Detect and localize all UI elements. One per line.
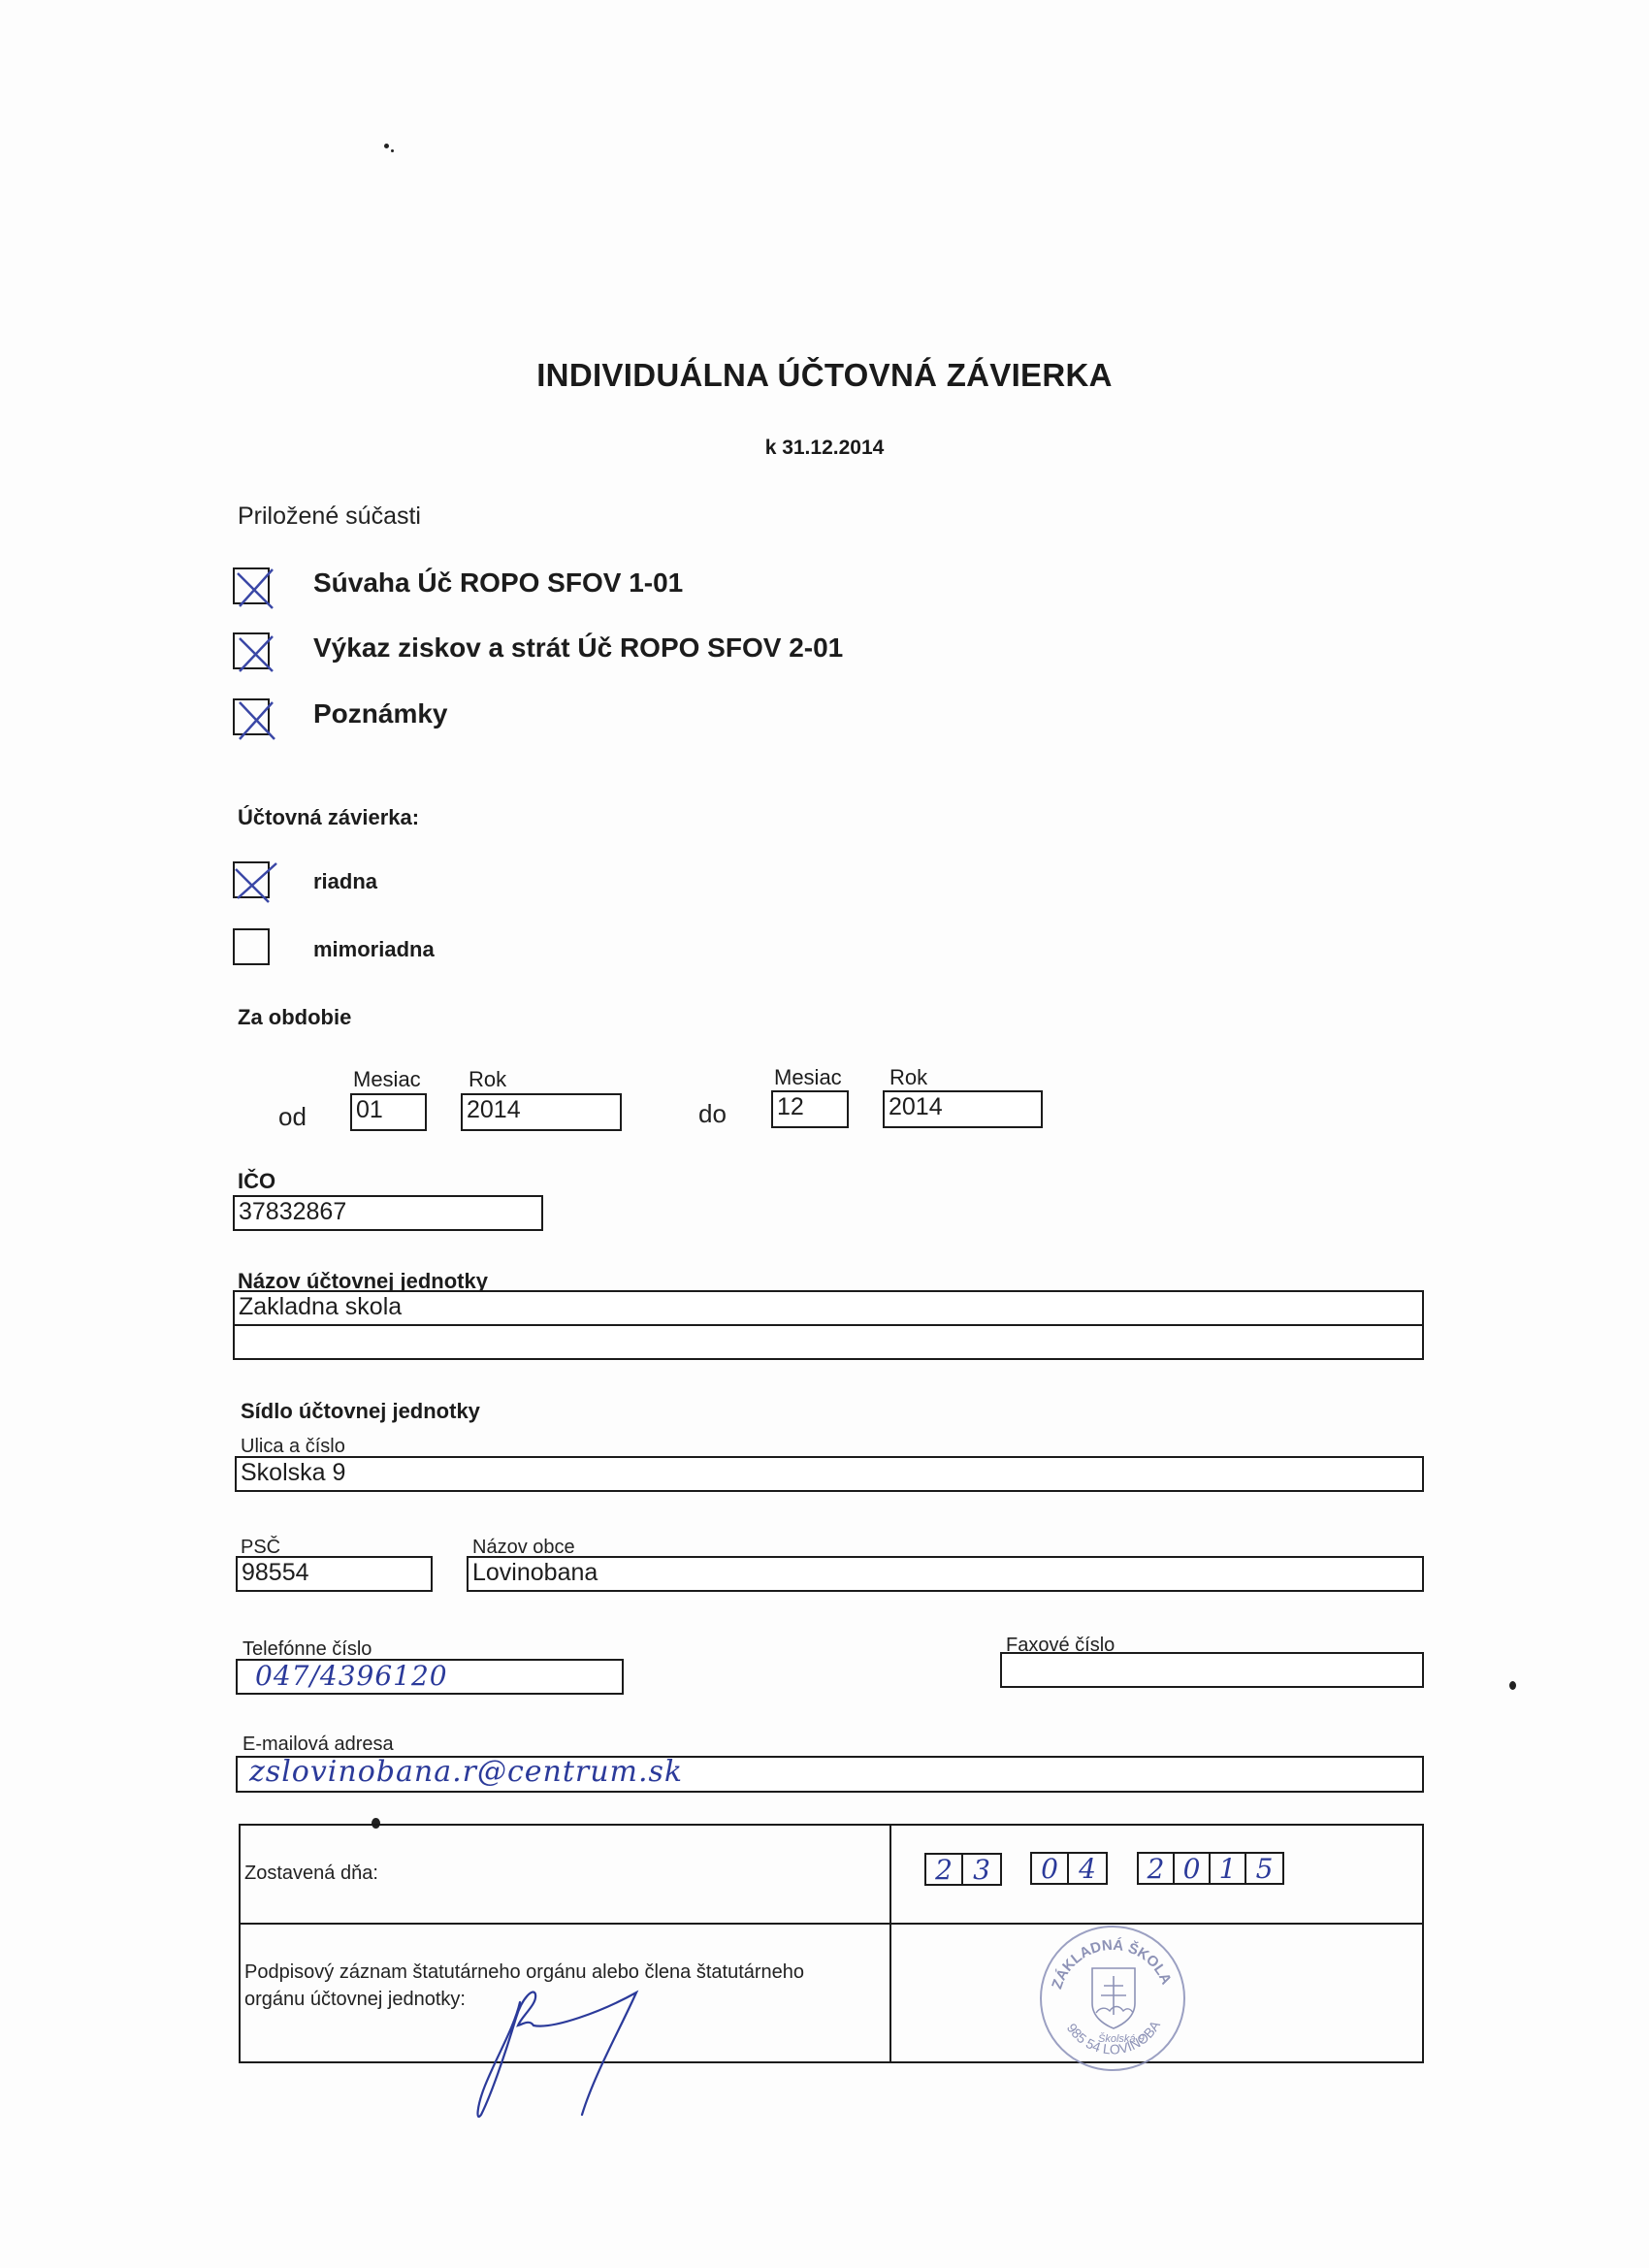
attachment-label: Poznámky: [313, 698, 448, 729]
from-month-field[interactable]: 01: [350, 1093, 427, 1131]
from-year-field[interactable]: 2014: [461, 1093, 622, 1131]
attachment-label: Súvaha Úč ROPO SFOV 1-01: [313, 567, 683, 599]
from-year-header: Rok: [469, 1067, 506, 1092]
checkbox-notes[interactable]: [233, 698, 270, 735]
signature-label-line2: orgánu účtovnej jednotky:: [244, 1989, 466, 2011]
ico-label: IČO: [238, 1169, 275, 1194]
postal-field[interactable]: 98554: [236, 1556, 433, 1592]
digit: 0: [1032, 1854, 1069, 1883]
table-divider: [889, 1824, 891, 2063]
to-year-header: Rok: [889, 1065, 927, 1090]
official-stamp: ZÁKLADNÁ ŠKOLA 985 54 LOVINOBAŇA Školská…: [1040, 1926, 1185, 2071]
address-heading: Sídlo účtovnej jednotky: [241, 1399, 480, 1424]
compiled-day[interactable]: 2 3: [924, 1853, 1002, 1886]
check-x-icon: [232, 697, 278, 743]
svg-text:ZÁKLADNÁ ŠKOLA: ZÁKLADNÁ ŠKOLA: [1049, 1937, 1175, 1992]
email-field[interactable]: zslovinobana.r@centrum.sk: [236, 1756, 1424, 1793]
check-x-icon: [232, 566, 278, 612]
check-x-icon: [232, 631, 278, 677]
ico-field[interactable]: 37832867: [233, 1195, 543, 1231]
entity-name-line2[interactable]: [233, 1324, 1424, 1360]
street-label: Ulica a číslo: [241, 1436, 345, 1458]
attachments-heading: Priložené súčasti: [238, 502, 421, 531]
phone-label: Telefónne číslo: [242, 1638, 372, 1661]
option-label: mimoriadna: [313, 937, 435, 962]
table-divider: [239, 1923, 1424, 1925]
to-year-field[interactable]: 2014: [883, 1090, 1043, 1128]
checkbox-regular[interactable]: [233, 861, 270, 898]
statement-type-heading: Účtovná závierka:: [238, 805, 419, 830]
scan-speck: [391, 149, 394, 152]
digit: 2: [1139, 1854, 1175, 1883]
city-field[interactable]: Lovinobana: [467, 1556, 1424, 1592]
compiled-year[interactable]: 2 0 1 5: [1137, 1852, 1284, 1885]
digit: 4: [1069, 1854, 1106, 1883]
scan-speck: [384, 144, 389, 148]
as-of-date: k 31.12.2014: [0, 437, 1649, 460]
attachment-label: Výkaz ziskov a strát Úč ROPO SFOV 2-01: [313, 632, 843, 664]
from-month-header: Mesiac: [353, 1067, 421, 1092]
digit: 0: [1175, 1854, 1211, 1883]
to-month-field[interactable]: 12: [771, 1090, 849, 1128]
svg-text:Školská 9: Školská 9: [1098, 2032, 1145, 2045]
option-label: riadna: [313, 869, 377, 894]
fax-field[interactable]: [1000, 1652, 1424, 1688]
digit: 5: [1246, 1854, 1282, 1883]
email-label: E-mailová adresa: [242, 1733, 394, 1756]
digit: 3: [963, 1855, 1000, 1884]
phone-field[interactable]: 047/4396120: [236, 1659, 624, 1695]
checkbox-income-statement[interactable]: [233, 632, 270, 669]
checkbox-balance-sheet[interactable]: [233, 567, 270, 604]
from-label: od: [278, 1102, 307, 1132]
compiled-month[interactable]: 0 4: [1030, 1852, 1108, 1885]
checkbox-extraordinary[interactable]: [233, 928, 270, 965]
street-field[interactable]: Skolska 9: [235, 1456, 1424, 1492]
check-x-icon: [232, 859, 278, 906]
digit: 1: [1211, 1854, 1246, 1883]
to-label: do: [698, 1099, 727, 1129]
digit: 2: [926, 1855, 963, 1884]
document-title: INDIVIDUÁLNA ÚČTOVNÁ ZÁVIERKA: [0, 357, 1649, 394]
compiled-label: Zostavená dňa:: [244, 1863, 378, 1885]
to-month-header: Mesiac: [774, 1065, 842, 1090]
period-heading: Za obdobie: [238, 1005, 351, 1030]
scan-speck: [1509, 1681, 1516, 1690]
coat-of-arms-icon: ZÁKLADNÁ ŠKOLA 985 54 LOVINOBAŇA Školská…: [1042, 1928, 1183, 2069]
entity-name-line1[interactable]: Zakladna skola: [233, 1290, 1424, 1326]
signature-scribble-icon: [466, 1969, 698, 2134]
